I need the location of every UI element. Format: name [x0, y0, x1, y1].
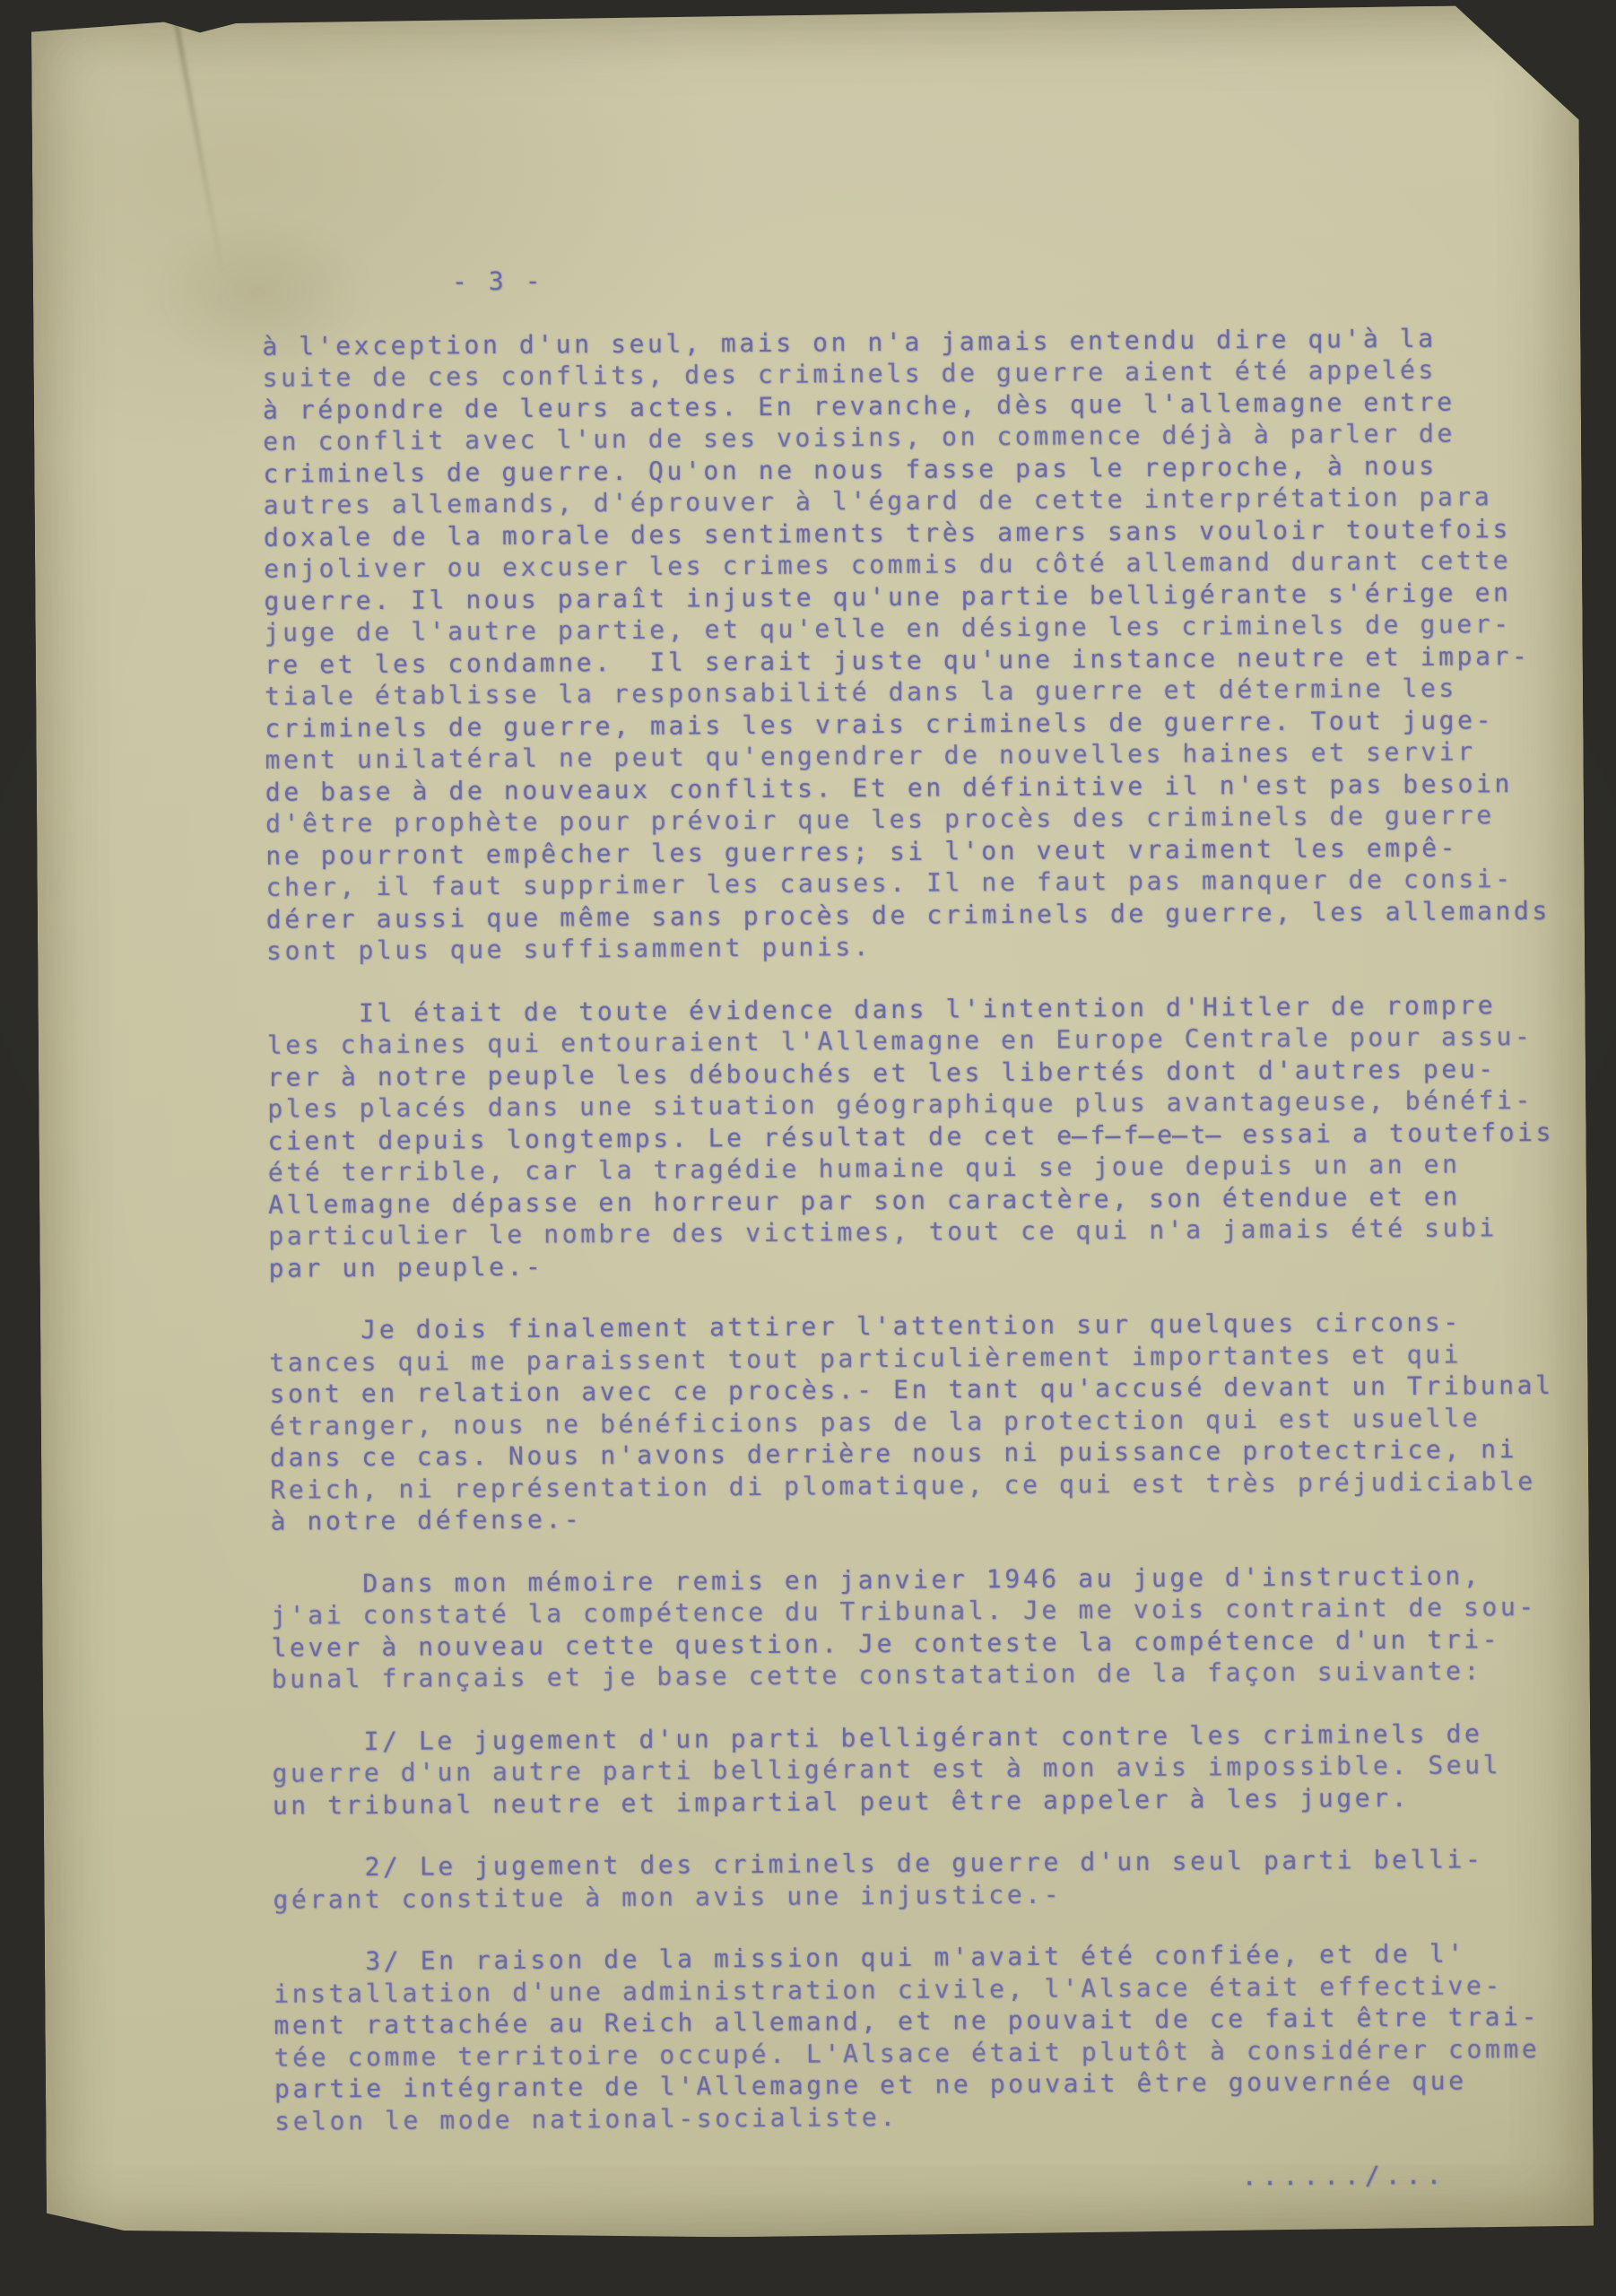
scanner-background: { "colors": { "ink": "#6b6aa5", "paper":…: [0, 0, 1616, 2296]
continuation-mark: ....../...: [275, 2159, 1558, 2199]
typed-text-block: - 3 - à l'exception d'un seul, mais on n…: [262, 258, 1558, 2199]
paragraph: Je dois finalement attirer l'attention s…: [269, 1306, 1553, 1537]
page-number: - 3 -: [452, 258, 1544, 298]
paragraph: à l'exception d'un seul, mais on n'a jam…: [262, 321, 1549, 967]
paragraph: Il était de toute évidence dans l'intent…: [266, 988, 1551, 1283]
paragraph-item-2: 2/ Le jugement des criminels de guerre d…: [273, 1843, 1555, 1916]
paragraph-item-3: 3/ En raison de la mission qui m'avait é…: [274, 1937, 1557, 2137]
paragraph-item-1: I/ Le jugement d'un parti belligérant co…: [272, 1717, 1555, 1821]
paragraph: Dans mon mémoire remis en janvier 1946 a…: [271, 1559, 1554, 1695]
scanned-page: - 3 - à l'exception d'un seul, mais on n…: [31, 5, 1594, 2242]
